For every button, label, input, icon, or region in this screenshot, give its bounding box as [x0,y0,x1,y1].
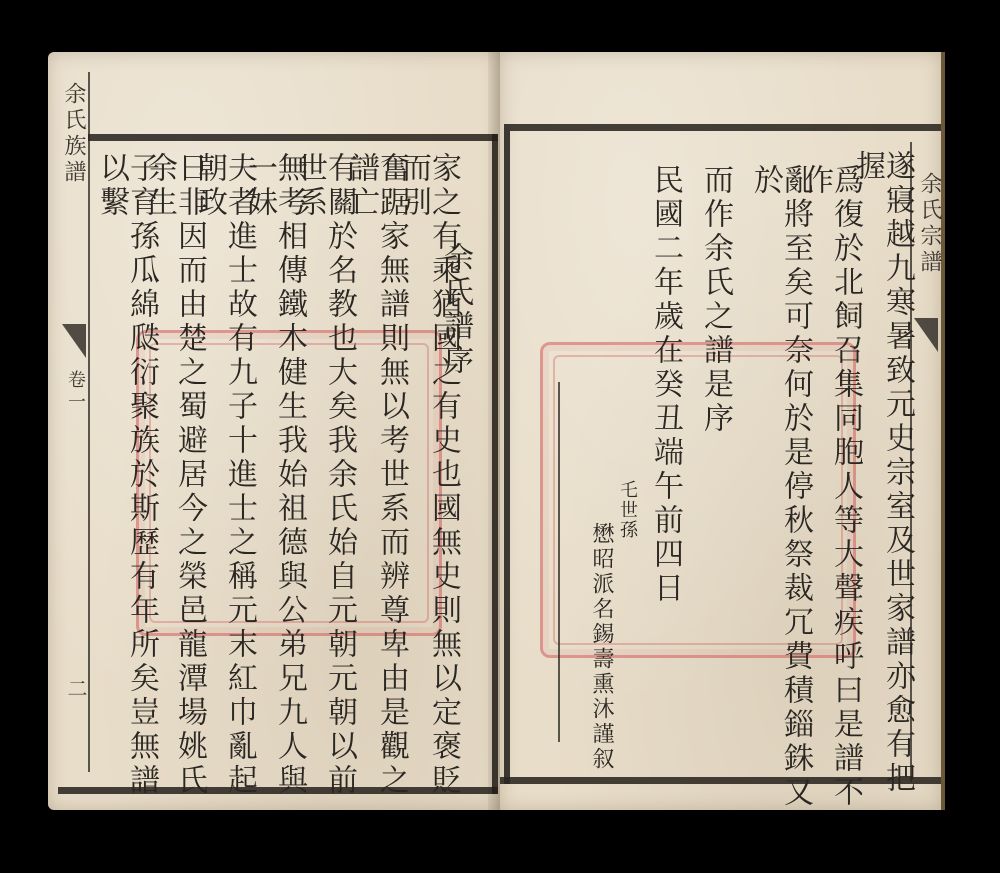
margin-book-title: 余氏族譜 [58,82,89,186]
open-book: 余氏族譜 卷一 二 余氏譜序 家之有乘猶國之有史也國無史則無以定褒貶而別 奮踞家… [48,52,941,810]
fishtail-mark [914,318,938,352]
column-rule [558,382,560,742]
signature-line: 懋昭派名錫壽熏沐謹叙 [590,522,612,772]
left-page: 余氏族譜 卷一 二 余氏譜序 家之有乘猶國之有史也國無史則無以定褒貶而別 奮踞家… [48,52,500,810]
page-number: 二 [62,678,91,698]
top-border-rule [510,124,941,131]
right-page: 余氏宗譜 遂寢越九寒暑致元史宗室及世家譜亦愈有把握 爲復於北飼召集同胞人等大聲疾… [500,52,945,810]
margin-book-title: 余氏宗譜 [914,172,945,276]
date-column: 民國二年歲在癸丑端午前四日 [650,164,680,606]
text-column: 子育孫瓜綿瓞衍聚族於斯歷有年所矣豈無譜以繫 [96,152,156,810]
text-column: 而作余氏之譜是序 [700,164,730,436]
text-column: 亂將至矣可奈何於是停秋祭裁冗費積錙銖又於 [750,164,810,810]
inner-frame-rule [504,124,510,784]
top-border-rule [88,134,498,141]
fishtail-mark [62,324,86,358]
generation-label: 乇世孫 [618,480,636,540]
margin-volume: 卷一 [62,370,88,414]
